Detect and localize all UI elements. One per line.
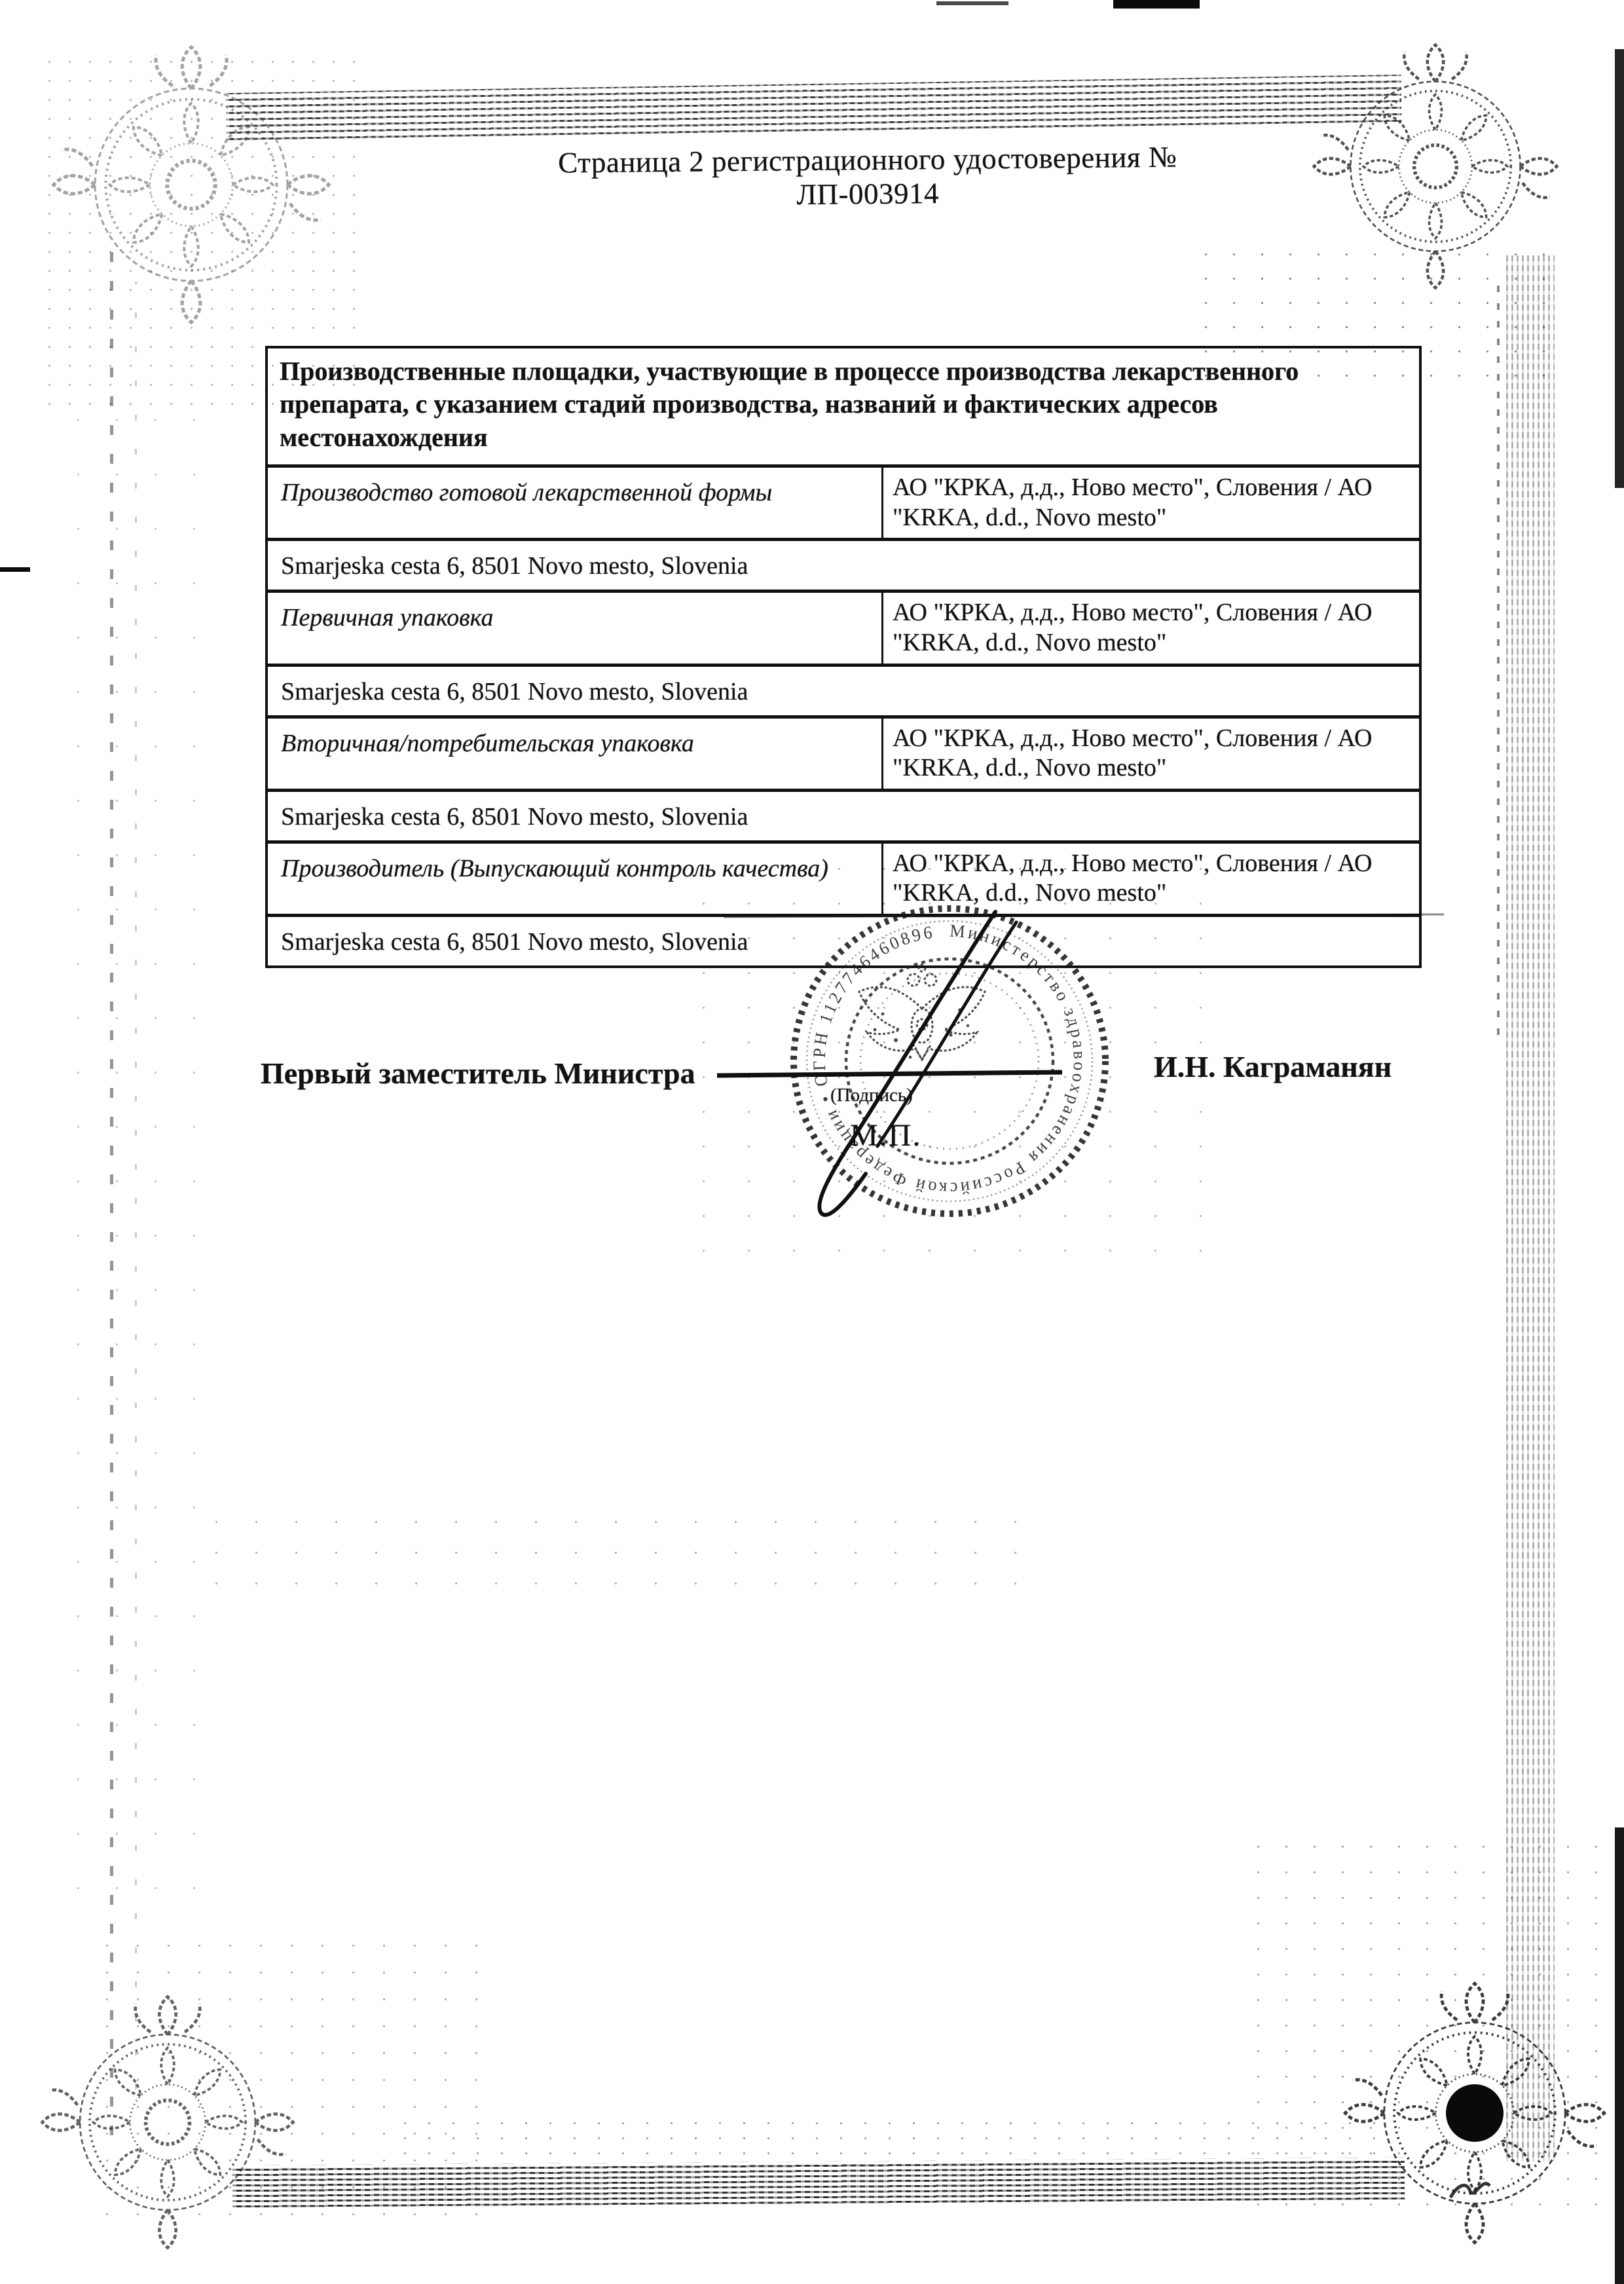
pen-signature-stroke: [877, 922, 1016, 1146]
signer-position-label: Первый заместитель Министра: [261, 1056, 695, 1091]
signature-caption: (Подпись): [830, 1085, 913, 1106]
seal-place-mark: М.П.: [850, 1117, 921, 1153]
scanned-certificate-page: Страница 2 регистрационного удостоверени…: [0, 0, 1624, 2284]
signer-name: И.Н. Каграманян: [1154, 1049, 1392, 1084]
pen-signature-stroke: [819, 912, 995, 1215]
table-bottom-echo-line: [724, 914, 1444, 917]
bottom-squiggle-mark: [1450, 2184, 1490, 2198]
signature-line: [717, 1072, 1062, 1076]
signature-and-rules: [0, 0, 1624, 2284]
